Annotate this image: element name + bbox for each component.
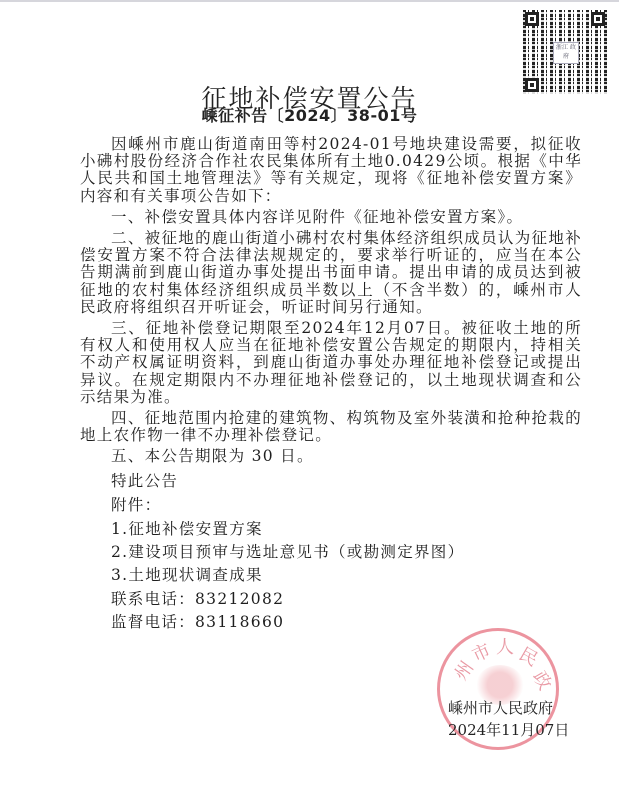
seal-arc-char: 民 (515, 640, 544, 672)
signature-block: 嵊州市人民政府 2024年11月07日 (448, 697, 588, 741)
issuer-name: 嵊州市人民政府 (448, 697, 588, 719)
issue-date: 2024年11月07日 (448, 719, 588, 741)
attachments-label: 附件： (80, 497, 582, 514)
qr-center-logo: 浙江 政府 (553, 42, 579, 64)
announcement-body: 因嵊州市鹿山街道南田等村2024-01号地块建设需要，拟征收小砩村股份经济合作社… (80, 136, 582, 637)
item-3: 三、征地补偿登记期限至2024年12月07日。被征收土地的所有权人和使用权人应当… (80, 320, 582, 406)
closing-section: 五、本公告期限为 30 日。 特此公告 附件： (80, 448, 582, 514)
item-5: 五、本公告期限为 30 日。 (80, 448, 582, 465)
item-2: 二、被征地的鹿山街道小砩村农村集体经济组织成员认为征地补偿安置方案不符合法律法规… (80, 230, 582, 316)
document-number: 嵊征补告〔2024〕38-01号 (0, 103, 619, 126)
attachment-item: 3.土地现状调查成果 (80, 567, 582, 584)
seal-arc-char: 市 (467, 636, 494, 667)
window-top-border (0, 0, 619, 2)
qr-finder-top-left (525, 12, 539, 26)
attachments-list: 1.征地补偿安置方案 2.建设项目预审与选址意见书（或勘测定界图） 3.土地现状… (80, 521, 582, 631)
seal-arc-char: 人 (496, 633, 514, 659)
item-4: 四、征地范围内抢建的建筑物、构筑物及室外装潢和抢种抢栽的地上农作物一律不办理补偿… (80, 410, 582, 444)
attachment-item: 1.征地补偿安置方案 (80, 521, 582, 538)
contact-phone: 联系电话：83212082 (80, 591, 582, 608)
qr-finder-top-right (591, 12, 605, 26)
seal-arc-char: 政 (527, 666, 559, 695)
item-1: 一、补偿安置具体内容详见附件《征地补偿安置方案》。 (80, 209, 582, 226)
intro-paragraph: 因嵊州市鹿山街道南田等村2024-01号地块建设需要，拟征收小砩村股份经济合作社… (80, 136, 582, 205)
closing-text: 特此公告 (80, 473, 582, 490)
attachment-item: 2.建设项目预审与选址意见书（或勘测定界图） (80, 544, 582, 561)
